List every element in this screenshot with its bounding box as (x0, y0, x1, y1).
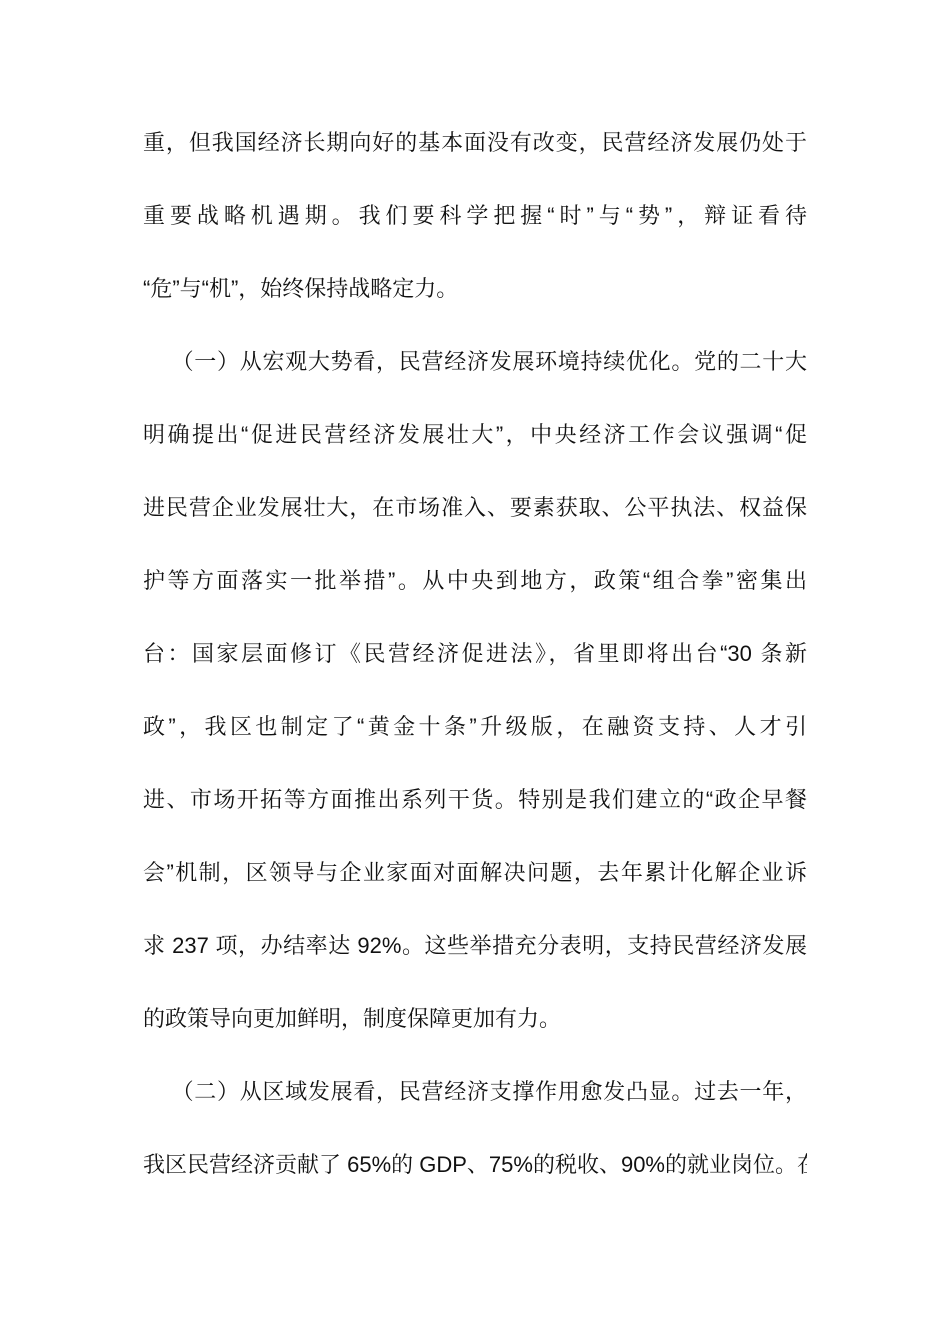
text-line: （二）从区域发展看，民营经济支撑作用愈发凸显。过去一年， (143, 1055, 807, 1128)
text-line: 政”，我区也制定了“黄金十条”升级版，在融资支持、人才引 (143, 690, 807, 763)
document-text-block: 重，但我国经济长期向好的基本面没有改变，民营经济发展仍处于 重要战略机遇期。我们… (143, 106, 807, 1201)
text-line: 我区民营经济贡献了 65%的 GDP、75%的税收、90%的就业岗位。在 (143, 1128, 807, 1201)
paragraph-section-one: （一）从宏观大势看，民营经济发展环境持续优化。党的二十大 明确提出“促进民营经济… (143, 325, 807, 1055)
text-line: “危”与“机”，始终保持战略定力。 (143, 252, 807, 325)
text-line: 重要战略机遇期。我们要科学把握“时”与“势”，辩证看待 (143, 179, 807, 252)
text-line: 进民营企业发展壮大，在市场准入、要素获取、公平执法、权益保 (143, 471, 807, 544)
document-page: 重，但我国经济长期向好的基本面没有改变，民营经济发展仍处于 重要战略机遇期。我们… (0, 0, 950, 1344)
paragraph-intro: 重，但我国经济长期向好的基本面没有改变，民营经济发展仍处于 重要战略机遇期。我们… (143, 106, 807, 325)
text-line: （一）从宏观大势看，民营经济发展环境持续优化。党的二十大 (143, 325, 807, 398)
text-line: 台：国家层面修订《民营经济促进法》，省里即将出台“30 条新 (143, 617, 807, 690)
text-line: 进、市场开拓等方面推出系列干货。特别是我们建立的“政企早餐 (143, 763, 807, 836)
text-line: 求 237 项，办结率达 92%。这些举措充分表明，支持民营经济发展 (143, 909, 807, 982)
text-line: 的政策导向更加鲜明，制度保障更加有力。 (143, 982, 807, 1055)
text-line: 重，但我国经济长期向好的基本面没有改变，民营经济发展仍处于 (143, 106, 807, 179)
text-line: 明确提出“促进民营经济发展壮大”，中央经济工作会议强调“促 (143, 398, 807, 471)
paragraph-section-two: （二）从区域发展看，民营经济支撑作用愈发凸显。过去一年， 我区民营经济贡献了 6… (143, 1055, 807, 1201)
text-line: 会”机制，区领导与企业家面对面解决问题，去年累计化解企业诉 (143, 836, 807, 909)
text-line: 护等方面落实一批举措”。从中央到地方，政策“组合拳”密集出 (143, 544, 807, 617)
